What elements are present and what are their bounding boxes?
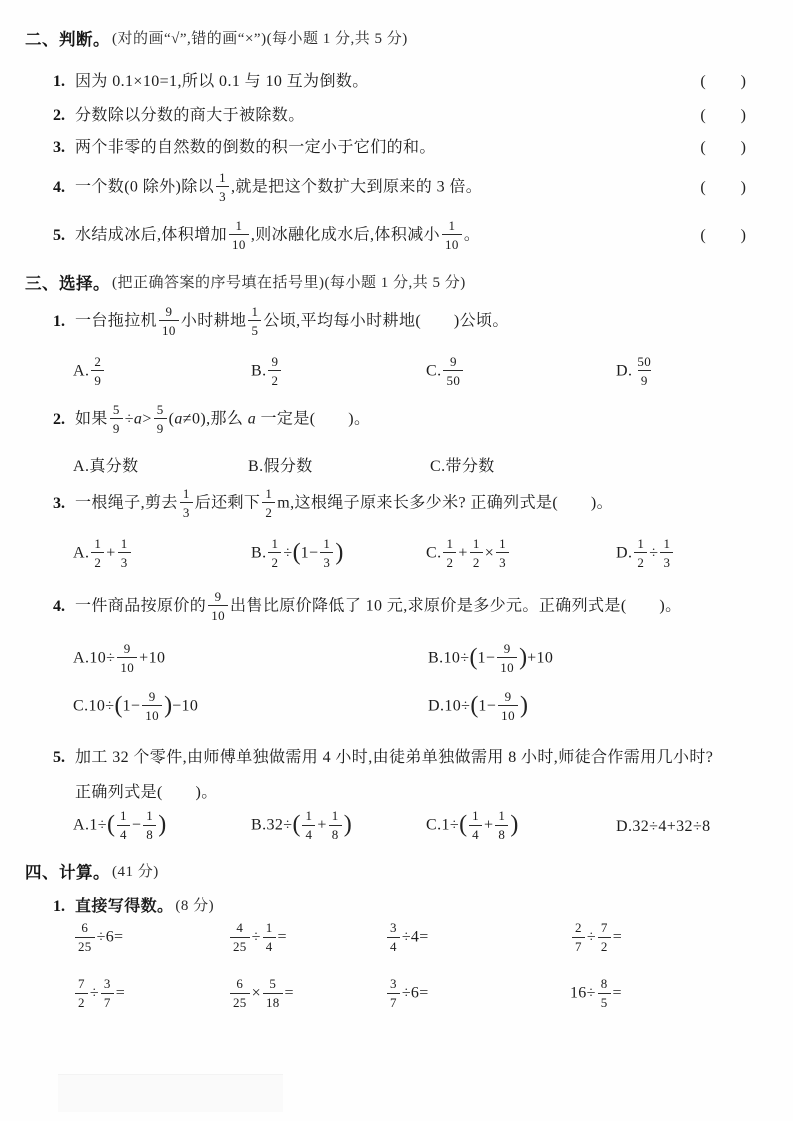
option-c: C.1÷(14+18)	[426, 810, 616, 842]
option-c: C.12+12×13	[426, 538, 616, 570]
big-paren: (	[114, 692, 122, 718]
option-a: A.1÷(14−18)	[73, 810, 251, 842]
choice-q5: 5. 加工 32 个零件,由师傅单独做需用 4 小时,由徒弟单独做需用 8 小时…	[0, 746, 793, 769]
question-text: 一台拖拉机910小时耕地15公顷,平均每小时耕地( )公顷。	[75, 306, 509, 338]
fraction: 85	[598, 977, 611, 1009]
formula: 34÷4=	[385, 922, 570, 954]
choice-q4-options-row2: C.10÷(1−910)−10 D.10÷(1−910)	[0, 691, 793, 723]
question-number: 4.	[53, 595, 75, 618]
question-text: 一件商品按原价的910出售比原价降低了 10 元,求原价是多少元。正确列式是( …	[75, 591, 681, 623]
question-number: 2.	[53, 408, 75, 431]
option-b: B.92	[251, 356, 426, 388]
question-text: 一根绳子,剪去13后还剩下12m,这根绳子原来长多少米? 正确列式是( )。	[75, 488, 613, 520]
fraction: 18	[495, 809, 508, 841]
answer-bracket: ( )	[700, 176, 747, 199]
big-paren: )	[344, 812, 352, 838]
big-paren: )	[519, 644, 527, 670]
fraction: 59	[110, 403, 123, 435]
fraction: 14	[469, 809, 482, 841]
fraction: 14	[117, 809, 130, 841]
big-paren: )	[158, 812, 166, 838]
option-d: D.12÷13	[616, 538, 773, 570]
big-paren: )	[335, 539, 343, 565]
fraction: 12	[268, 537, 281, 569]
option-c: C.10÷(1−910)−10	[73, 691, 428, 723]
section-choice-header: 三、选择。 (把正确答案的序号填在括号里)(每小题 1 分,共 5 分)	[25, 272, 793, 296]
formula: 625÷6=	[73, 922, 228, 954]
option-b: B.假分数	[248, 455, 430, 478]
big-paren: (	[470, 692, 478, 718]
option-a: A.29	[73, 356, 251, 388]
option-b: B.32÷(14+18)	[251, 810, 426, 842]
formula: 16÷85=	[570, 978, 793, 1010]
option-a: A.12+13	[73, 538, 251, 570]
question-number: 3.	[53, 136, 75, 159]
big-paren: )	[520, 692, 528, 718]
question-text: 水结成冰后,体积增加110,则冰融化成水后,体积减小110。	[75, 220, 480, 252]
fraction: 625	[75, 921, 95, 953]
choice-q3: 3. 一根绳子,剪去13后还剩下12m,这根绳子原来长多少米? 正确列式是( )…	[0, 488, 793, 520]
fraction: 910	[498, 690, 518, 722]
fraction: 18	[143, 809, 156, 841]
fraction: 910	[142, 690, 162, 722]
section-calc-title: 四、计算。	[25, 861, 110, 885]
fraction: 13	[496, 537, 509, 569]
answer-bracket: ( )	[700, 104, 747, 127]
fraction: 12	[91, 537, 104, 569]
question-number: 2.	[53, 104, 75, 127]
option-a: A.真分数	[73, 455, 248, 478]
calc-subheading-note: (8 分)	[175, 896, 214, 918]
choice-q1: 1. 一台拖拉机910小时耕地15公顷,平均每小时耕地( )公顷。	[0, 306, 793, 338]
worksheet-page: 二、判断。 (对的画“√”,错的画“×”)(每小题 1 分,共 5 分) 1. …	[0, 0, 793, 1121]
answer-bracket: ( )	[700, 224, 747, 247]
option-b: B.12÷(1−13)	[251, 538, 426, 570]
section-calc-header: 四、计算。 (41 分)	[25, 861, 793, 885]
fraction: 13	[180, 487, 193, 519]
big-paren: (	[293, 539, 301, 565]
fraction: 37	[387, 977, 400, 1009]
question-text: 一个数(0 除外)除以13,就是把这个数扩大到原来的 3 倍。	[75, 172, 482, 204]
formula: 27÷72=	[570, 922, 793, 954]
scan-artifact	[58, 1074, 283, 1112]
answer-bracket: ( )	[700, 136, 747, 159]
fraction: 15	[248, 305, 261, 337]
question-number: 1.	[53, 895, 75, 918]
option-a: A.10÷910+10	[73, 643, 428, 675]
choice-q2: 2. 如果59÷a>59(a≠0),那么 a 一定是( )。	[0, 404, 793, 436]
section-judge-title: 二、判断。	[25, 28, 110, 52]
choice-q2-options: A.真分数 B.假分数 C.带分数	[0, 455, 793, 478]
section-judge-note: (对的画“√”,错的画“×”)(每小题 1 分,共 5 分)	[112, 29, 408, 51]
fraction: 18	[329, 809, 342, 841]
fraction: 12	[262, 487, 275, 519]
fraction: 110	[442, 219, 462, 251]
big-paren: (	[469, 644, 477, 670]
big-paren: (	[292, 812, 300, 838]
fraction: 910	[117, 642, 137, 674]
judge-item-1: 1. 因为 0.1×10=1,所以 0.1 与 10 互为倒数。 ( )	[0, 70, 793, 93]
choice-q1-options: A.29 B.92 C.950 D.509	[0, 356, 793, 388]
fraction: 13	[320, 537, 333, 569]
formula: 37÷6=	[385, 978, 570, 1010]
judge-item-4: 4. 一个数(0 除外)除以13,就是把这个数扩大到原来的 3 倍。 ( )	[0, 172, 793, 204]
question-text: 正确列式是( )。	[75, 781, 218, 804]
section-calc-note: (41 分)	[112, 862, 159, 884]
choice-q5-options: A.1÷(14−18) B.32÷(14+18) C.1÷(14+18) D.3…	[0, 810, 793, 842]
fraction: 518	[263, 977, 283, 1009]
fraction: 29	[91, 355, 104, 387]
formula: 625×518=	[228, 978, 385, 1010]
question-number: 3.	[53, 492, 75, 515]
fraction: 950	[443, 355, 463, 387]
calc-row-1: 625÷6= 425÷14= 34÷4= 27÷72=	[0, 922, 793, 954]
formula: 72÷37=	[73, 978, 228, 1010]
fraction: 12	[470, 537, 483, 569]
calc-row-2: 72÷37= 625×518= 37÷6= 16÷85=	[0, 978, 793, 1010]
option-d: D.10÷(1−910)	[428, 691, 773, 723]
choice-q4: 4. 一件商品按原价的910出售比原价降低了 10 元,求原价是多少元。正确列式…	[0, 591, 793, 623]
question-text: 两个非零的自然数的倒数的积一定小于它们的和。	[75, 136, 436, 159]
fraction: 59	[154, 403, 167, 435]
choice-q5-line2: 正确列式是( )。	[0, 781, 793, 804]
question-number: 1.	[53, 310, 75, 333]
section-choice-title: 三、选择。	[25, 272, 110, 296]
option-b: B.10÷(1−910)+10	[428, 643, 773, 675]
fraction: 910	[208, 590, 228, 622]
answer-bracket: ( )	[700, 70, 747, 93]
fraction: 14	[263, 921, 276, 953]
fraction: 72	[75, 977, 88, 1009]
fraction: 13	[118, 537, 131, 569]
option-c: C.950	[426, 356, 616, 388]
question-number: 4.	[53, 176, 75, 199]
option-c: C.带分数	[430, 455, 773, 478]
question-text: 如果59÷a>59(a≠0),那么 a 一定是( )。	[75, 404, 370, 436]
fraction: 72	[598, 921, 611, 953]
judge-item-5: 5. 水结成冰后,体积增加110,则冰融化成水后,体积减小110。 ( )	[0, 220, 793, 252]
fraction: 13	[216, 171, 229, 203]
choice-q3-options: A.12+13 B.12÷(1−13) C.12+12×13 D.12÷13	[0, 538, 793, 570]
fraction: 37	[101, 977, 114, 1009]
big-paren: )	[510, 812, 518, 838]
fraction: 910	[497, 642, 517, 674]
fraction: 110	[229, 219, 249, 251]
question-text: 因为 0.1×10=1,所以 0.1 与 10 互为倒数。	[75, 70, 369, 93]
question-number: 1.	[53, 70, 75, 93]
fraction: 625	[230, 977, 250, 1009]
fraction: 12	[443, 537, 456, 569]
section-choice-note: (把正确答案的序号填在括号里)(每小题 1 分,共 5 分)	[112, 273, 466, 295]
fraction: 12	[634, 537, 647, 569]
question-number: 5.	[53, 224, 75, 247]
fraction: 92	[268, 355, 281, 387]
fraction: 509	[634, 355, 654, 387]
big-paren: (	[107, 812, 115, 838]
fraction: 13	[660, 537, 673, 569]
formula: 425÷14=	[228, 922, 385, 954]
calc-subheading: 1. 直接写得数。 (8 分)	[0, 895, 793, 918]
fraction: 34	[387, 921, 400, 953]
question-text: 分数除以分数的商大于被除数。	[75, 104, 305, 127]
big-paren: (	[459, 812, 467, 838]
choice-q4-options-row1: A.10÷910+10 B.10÷(1−910)+10	[0, 643, 793, 675]
big-paren: )	[164, 692, 172, 718]
question-number: 5.	[53, 746, 75, 769]
option-d: D.509	[616, 356, 773, 388]
fraction: 910	[159, 305, 179, 337]
option-d: D.32÷4+32÷8	[616, 815, 773, 838]
judge-item-3: 3. 两个非零的自然数的倒数的积一定小于它们的和。 ( )	[0, 136, 793, 159]
fraction: 14	[302, 809, 315, 841]
fraction: 27	[572, 921, 585, 953]
judge-item-2: 2. 分数除以分数的商大于被除数。 ( )	[0, 104, 793, 127]
section-judge-header: 二、判断。 (对的画“√”,错的画“×”)(每小题 1 分,共 5 分)	[25, 28, 793, 52]
fraction: 425	[230, 921, 250, 953]
question-text: 加工 32 个零件,由师傅单独做需用 4 小时,由徒弟单独做需用 8 小时,师徒…	[75, 746, 713, 769]
calc-subheading-text: 直接写得数。	[75, 895, 173, 918]
